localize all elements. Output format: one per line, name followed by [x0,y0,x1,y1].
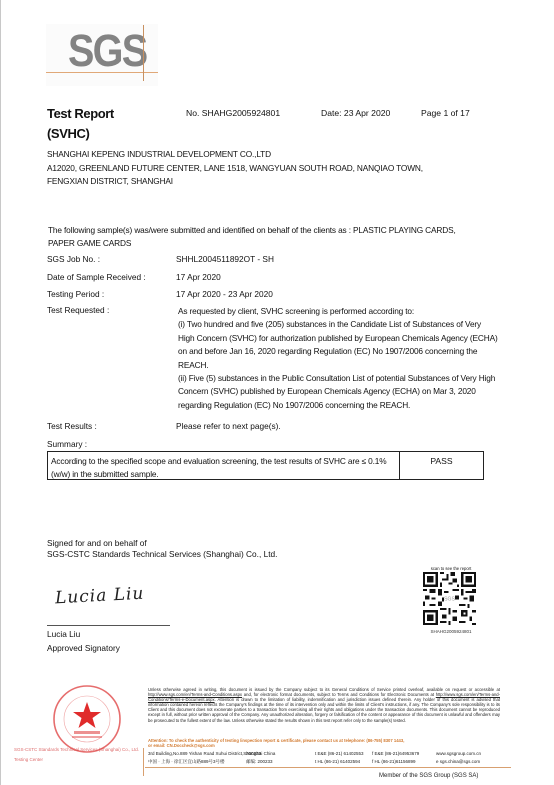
handwritten-signature: Lucia Liu [55,584,145,609]
test-requested-item-2: (ii) Five (5) substances in the Public C… [178,372,498,412]
postcode-en: 200233 [246,750,273,758]
authenticity-notice: Attention: To check the authenticity of … [148,738,500,748]
postcode-block: 200233 邮编: 200233 [246,750,273,766]
report-title-line1: Test Report [47,104,114,124]
report-date: Date: 23 Apr 2020 [321,108,390,118]
report-title: Test Report (SVHC) [47,104,114,144]
logo-rule-horizontal [46,72,158,73]
page-edge [0,0,1,785]
test-results-label: Test Results : [47,421,97,431]
signatory-title: Approved Signatory [47,643,120,653]
qr-caption: scan to see the report [421,566,481,571]
fax-2: f HL (86-21)61156899 [372,758,419,766]
qr-code-icon[interactable]: SGS [423,572,476,625]
page-indicator: Page 1 of 17 [421,108,470,118]
client-block: SHANGHAI KEPENG INDUSTRIAL DEVELOPMENT C… [47,148,423,189]
date-received-label: Date of Sample Received : [47,272,146,282]
authenticity-email: or email: CN.Doccheck@sgs.com [148,743,500,748]
signatory-name: Lucia Liu [47,629,80,639]
sgs-logo: SGS [68,27,146,75]
seal-caption-line1: SGS-CSTC Standards Technical Services (S… [14,747,139,752]
job-no-value: SHHL2004511892OT - SH [176,254,274,264]
qr-id: SHAHG2005924801 [421,629,481,634]
summary-text: According to the specified scope and eva… [48,452,400,479]
postcode-cn: 邮编: 200233 [246,758,273,766]
test-results-value: Please refer to next page(s). [176,421,281,431]
fax-1: f E&E (86-21)64953679 [372,750,419,758]
telephone-block: t E&E (86-21) 61402553 t HL (86-21) 6140… [315,750,364,766]
summary-result: PASS [400,452,483,479]
client-address-line1: A12020, GREENLAND FUTURE CENTER, LANE 15… [47,162,423,176]
legal-fine-print: Unless otherwise agreed in writing, this… [148,687,500,723]
date-received-value: 17 Apr 2020 [176,272,221,282]
telephone-2: t HL (86-21) 61402594 [315,758,364,766]
summary-label: Summary : [47,439,87,449]
test-requested-item-1: (i) Two hundred and five (205) substance… [178,318,498,372]
telephone-1: t E&E (86-21) 61402553 [315,750,364,758]
seal-caption-line2: Testing Center [14,757,43,762]
signature-line [47,625,170,626]
web-block: www.sgsgroup.com.cn e sgs.china@sgs.com [436,750,481,766]
member-note: Member of the SGS Group (SGS SA) [379,773,478,779]
report-title-line2: (SVHC) [47,124,114,144]
email-link[interactable]: e sgs.china@sgs.com [436,758,481,766]
summary-table: According to the specified scope and eva… [47,451,484,480]
job-no-label: SGS Job No. : [47,254,100,264]
test-requested-intro: As requested by client, SVHC screening i… [178,305,498,318]
signed-line2: SGS-CSTC Standards Technical Services (S… [47,549,277,560]
signed-line1: Signed for and on behalf of [47,538,277,549]
report-number: No. SHAHG2005924801 [186,108,280,118]
client-name: SHANGHAI KEPENG INDUSTRIAL DEVELOPMENT C… [47,148,423,162]
footer-rule-vertical [143,748,144,776]
footer-rule-horizontal [145,767,511,768]
testing-period-value: 17 Apr 2020 - 23 Apr 2020 [176,289,273,299]
website-link[interactable]: www.sgsgroup.com.cn [436,750,481,758]
client-address-line2: FENGXIAN DISTRICT, SHANGHAI [47,175,423,189]
testing-period-label: Testing Period : [47,289,104,299]
sample-intro: The following sample(s) was/were submitt… [48,224,468,250]
test-requested-label: Test Requested : [47,305,109,315]
logo-rule-vertical [143,25,144,81]
test-requested-text: As requested by client, SVHC screening i… [178,305,498,412]
signed-on-behalf: Signed for and on behalf of SGS-CSTC Sta… [47,538,277,560]
fax-block: f E&E (86-21)64953679 f HL (86-21)611568… [372,750,419,766]
svg-text:SGS: SGS [444,597,455,603]
